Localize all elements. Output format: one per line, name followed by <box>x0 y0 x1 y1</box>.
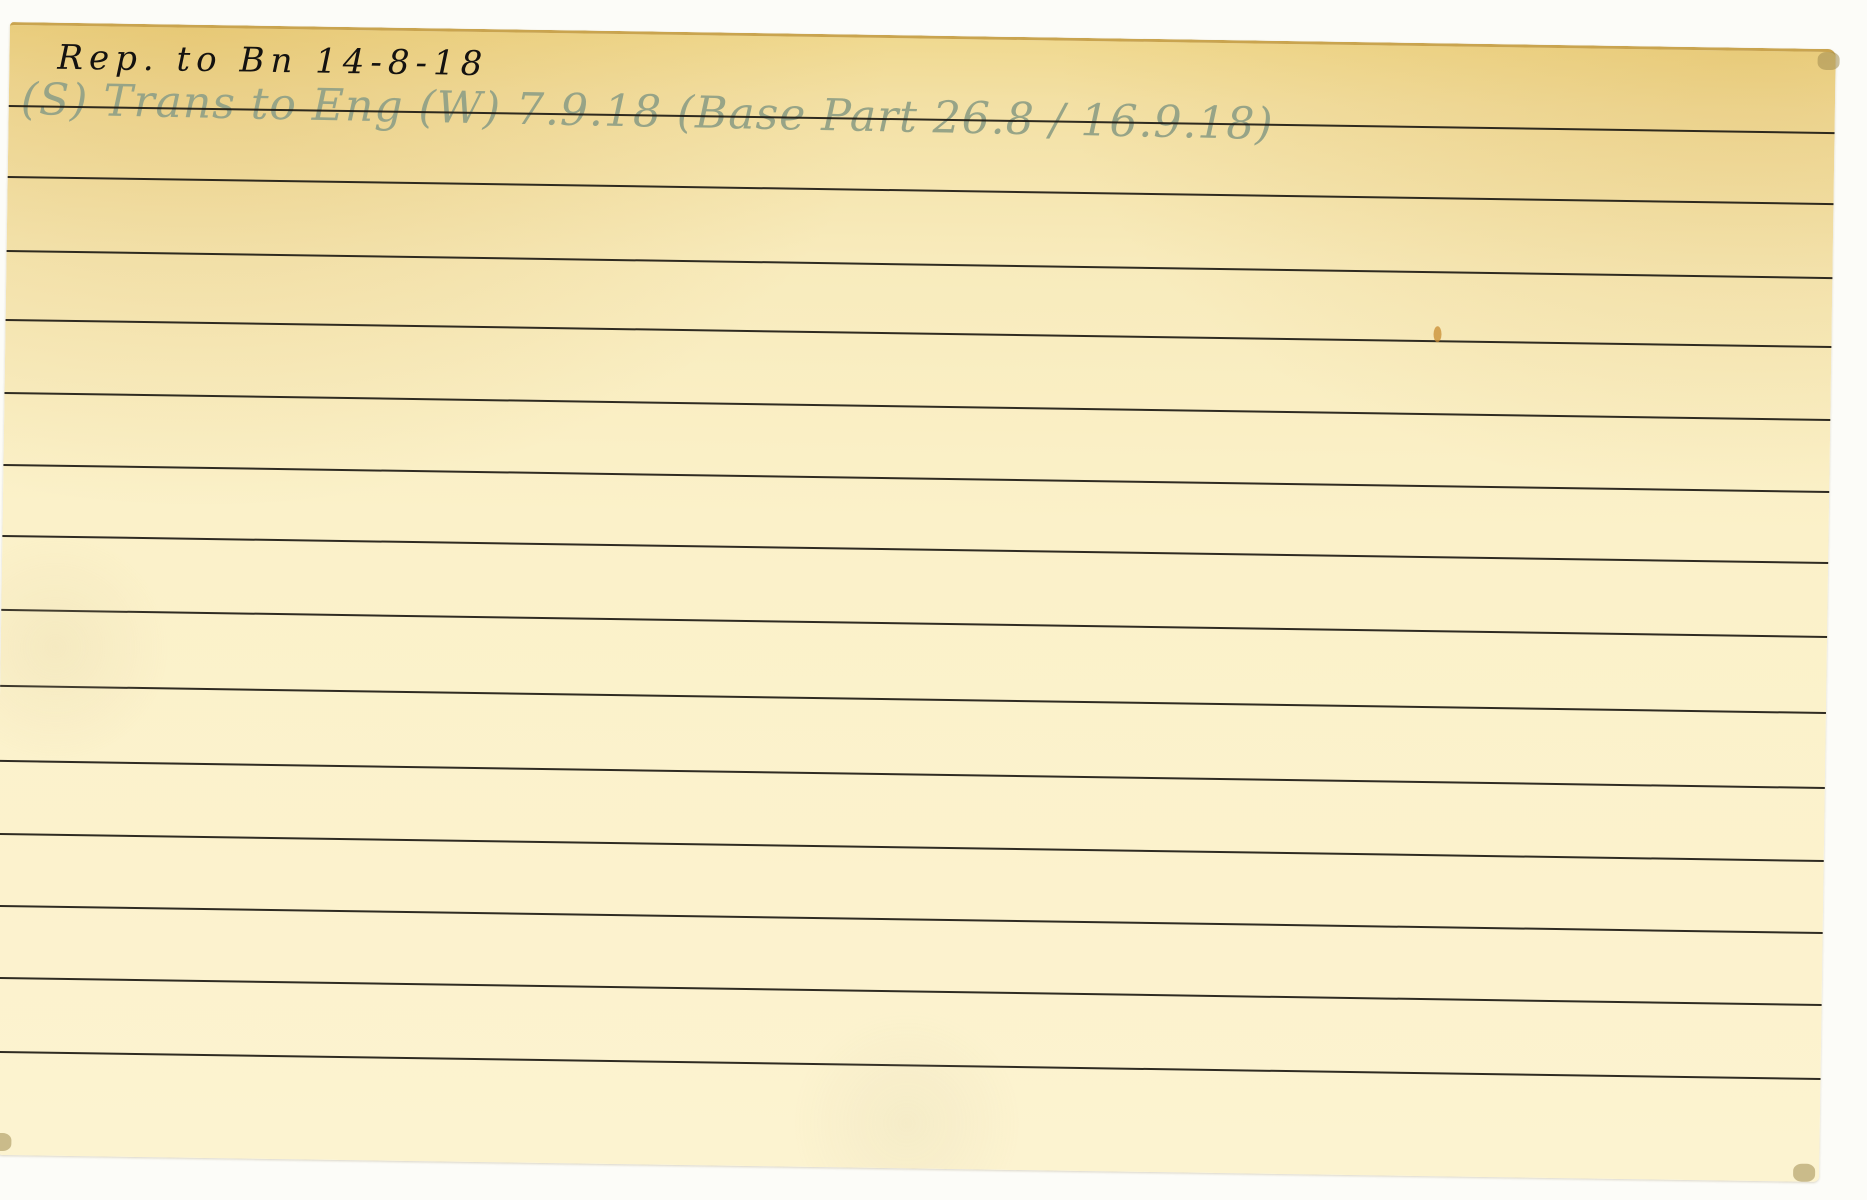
ruled-line-12 <box>0 905 1823 934</box>
corner-wear-bottom-right <box>1793 1164 1815 1182</box>
ruled-line-2 <box>8 176 1834 205</box>
corner-wear-bottom-left <box>0 1133 12 1151</box>
ruled-line-4 <box>6 319 1832 348</box>
ruled-line-10 <box>0 760 1825 789</box>
scan-background: Rep. to Bn 14-8-18 (S) Trans to Eng (W) … <box>0 0 1867 1200</box>
corner-wear-top-right <box>1817 52 1839 70</box>
ruled-line-3 <box>7 250 1833 279</box>
ruled-line-14 <box>0 1051 1821 1080</box>
handwritten-entry-trans-to-eng: (S) Trans to Eng (W) 7.9.18 (Base Part 2… <box>20 74 1274 150</box>
ruled-line-6 <box>3 464 1829 493</box>
ruled-line-9 <box>0 685 1826 714</box>
index-card: Rep. to Bn 14-8-18 (S) Trans to Eng (W) … <box>0 22 1836 1182</box>
ruled-line-7 <box>2 535 1828 564</box>
ruled-line-13 <box>0 977 1822 1006</box>
ruled-line-8 <box>1 609 1827 638</box>
ruled-line-5 <box>4 392 1830 421</box>
ruled-line-11 <box>0 833 1824 862</box>
